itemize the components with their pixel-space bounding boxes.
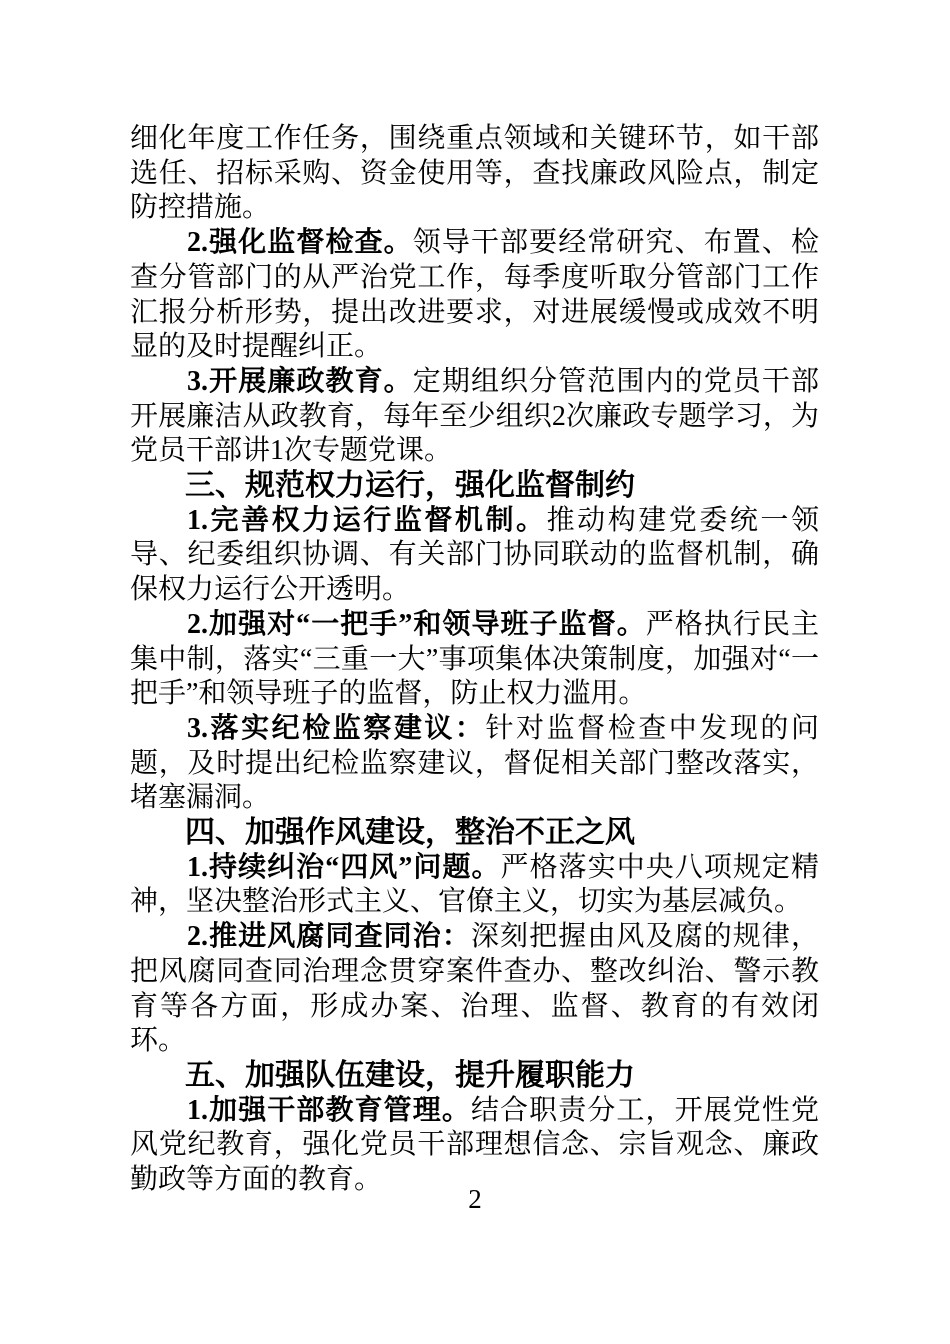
page-number: 2 bbox=[0, 1184, 950, 1215]
paragraph-lead: 3.开展廉政教育。 bbox=[187, 366, 413, 397]
paragraph-lead: 1.持续纠治“四风”问题。 bbox=[187, 852, 501, 883]
section-heading: 五、加强队伍建设，提升履职能力 bbox=[130, 1059, 819, 1094]
paragraph: 2.加强对“一把手”和领导班子监督。严格执行民主集中制，落实“三重一大”事项集体… bbox=[130, 608, 819, 712]
paragraph-lead: 3.落实纪检监察建议： bbox=[187, 713, 486, 744]
section-heading: 四、加强作风建设，整治不正之风 bbox=[130, 816, 819, 851]
paragraph-lead: 2.推进风腐同查同治： bbox=[187, 921, 471, 952]
paragraph-lead: 1.完善权力运行监督机制。 bbox=[187, 505, 547, 536]
section-heading: 三、规范权力运行，强化监督制约 bbox=[130, 469, 819, 504]
paragraph: 1.完善权力运行监督机制。推动构建党委统一领导、纪委组织协调、有关部门协同联动的… bbox=[130, 504, 819, 608]
document-page: 细化年度工作任务，围绕重点领域和关键环节，如干部选任、招标采购、资金使用等，查找… bbox=[0, 0, 950, 1344]
paragraph-lead: 2.加强对“一把手”和领导班子监督。 bbox=[187, 609, 646, 640]
paragraph: 1.持续纠治“四风”问题。严格落实中央八项规定精神，坚决整治形式主义、官僚主义，… bbox=[130, 851, 819, 920]
paragraph: 1.加强干部教育管理。结合职责分工，开展党性党风党纪教育，强化党员干部理想信念、… bbox=[130, 1094, 819, 1198]
paragraph: 2.推进风腐同查同治：深刻把握由风及腐的规律，把风腐同查同治理念贯穿案件查办、整… bbox=[130, 920, 819, 1059]
paragraph-lead: 1.加强干部教育管理。 bbox=[187, 1095, 471, 1126]
paragraph: 2.强化监督检查。领导干部要经常研究、布置、检查分管部门的从严治党工作，每季度听… bbox=[130, 226, 819, 365]
paragraph-text: 细化年度工作任务，围绕重点领域和关键环节，如干部选任、招标采购、资金使用等，查找… bbox=[130, 123, 819, 223]
paragraph: 3.落实纪检监察建议：针对监督检查中发现的问题，及时提出纪检监察建议，督促相关部… bbox=[130, 712, 819, 816]
paragraph: 3.开展廉政教育。定期组织分管范围内的党员干部开展廉洁从政教育，每年至少组织2次… bbox=[130, 365, 819, 469]
paragraph: 细化年度工作任务，围绕重点领域和关键环节，如干部选任、招标采购、资金使用等，查找… bbox=[130, 122, 819, 226]
paragraph-lead: 2.强化监督检查。 bbox=[187, 227, 413, 258]
document-body: 细化年度工作任务，围绕重点领域和关键环节，如干部选任、招标采购、资金使用等，查找… bbox=[130, 122, 819, 1198]
